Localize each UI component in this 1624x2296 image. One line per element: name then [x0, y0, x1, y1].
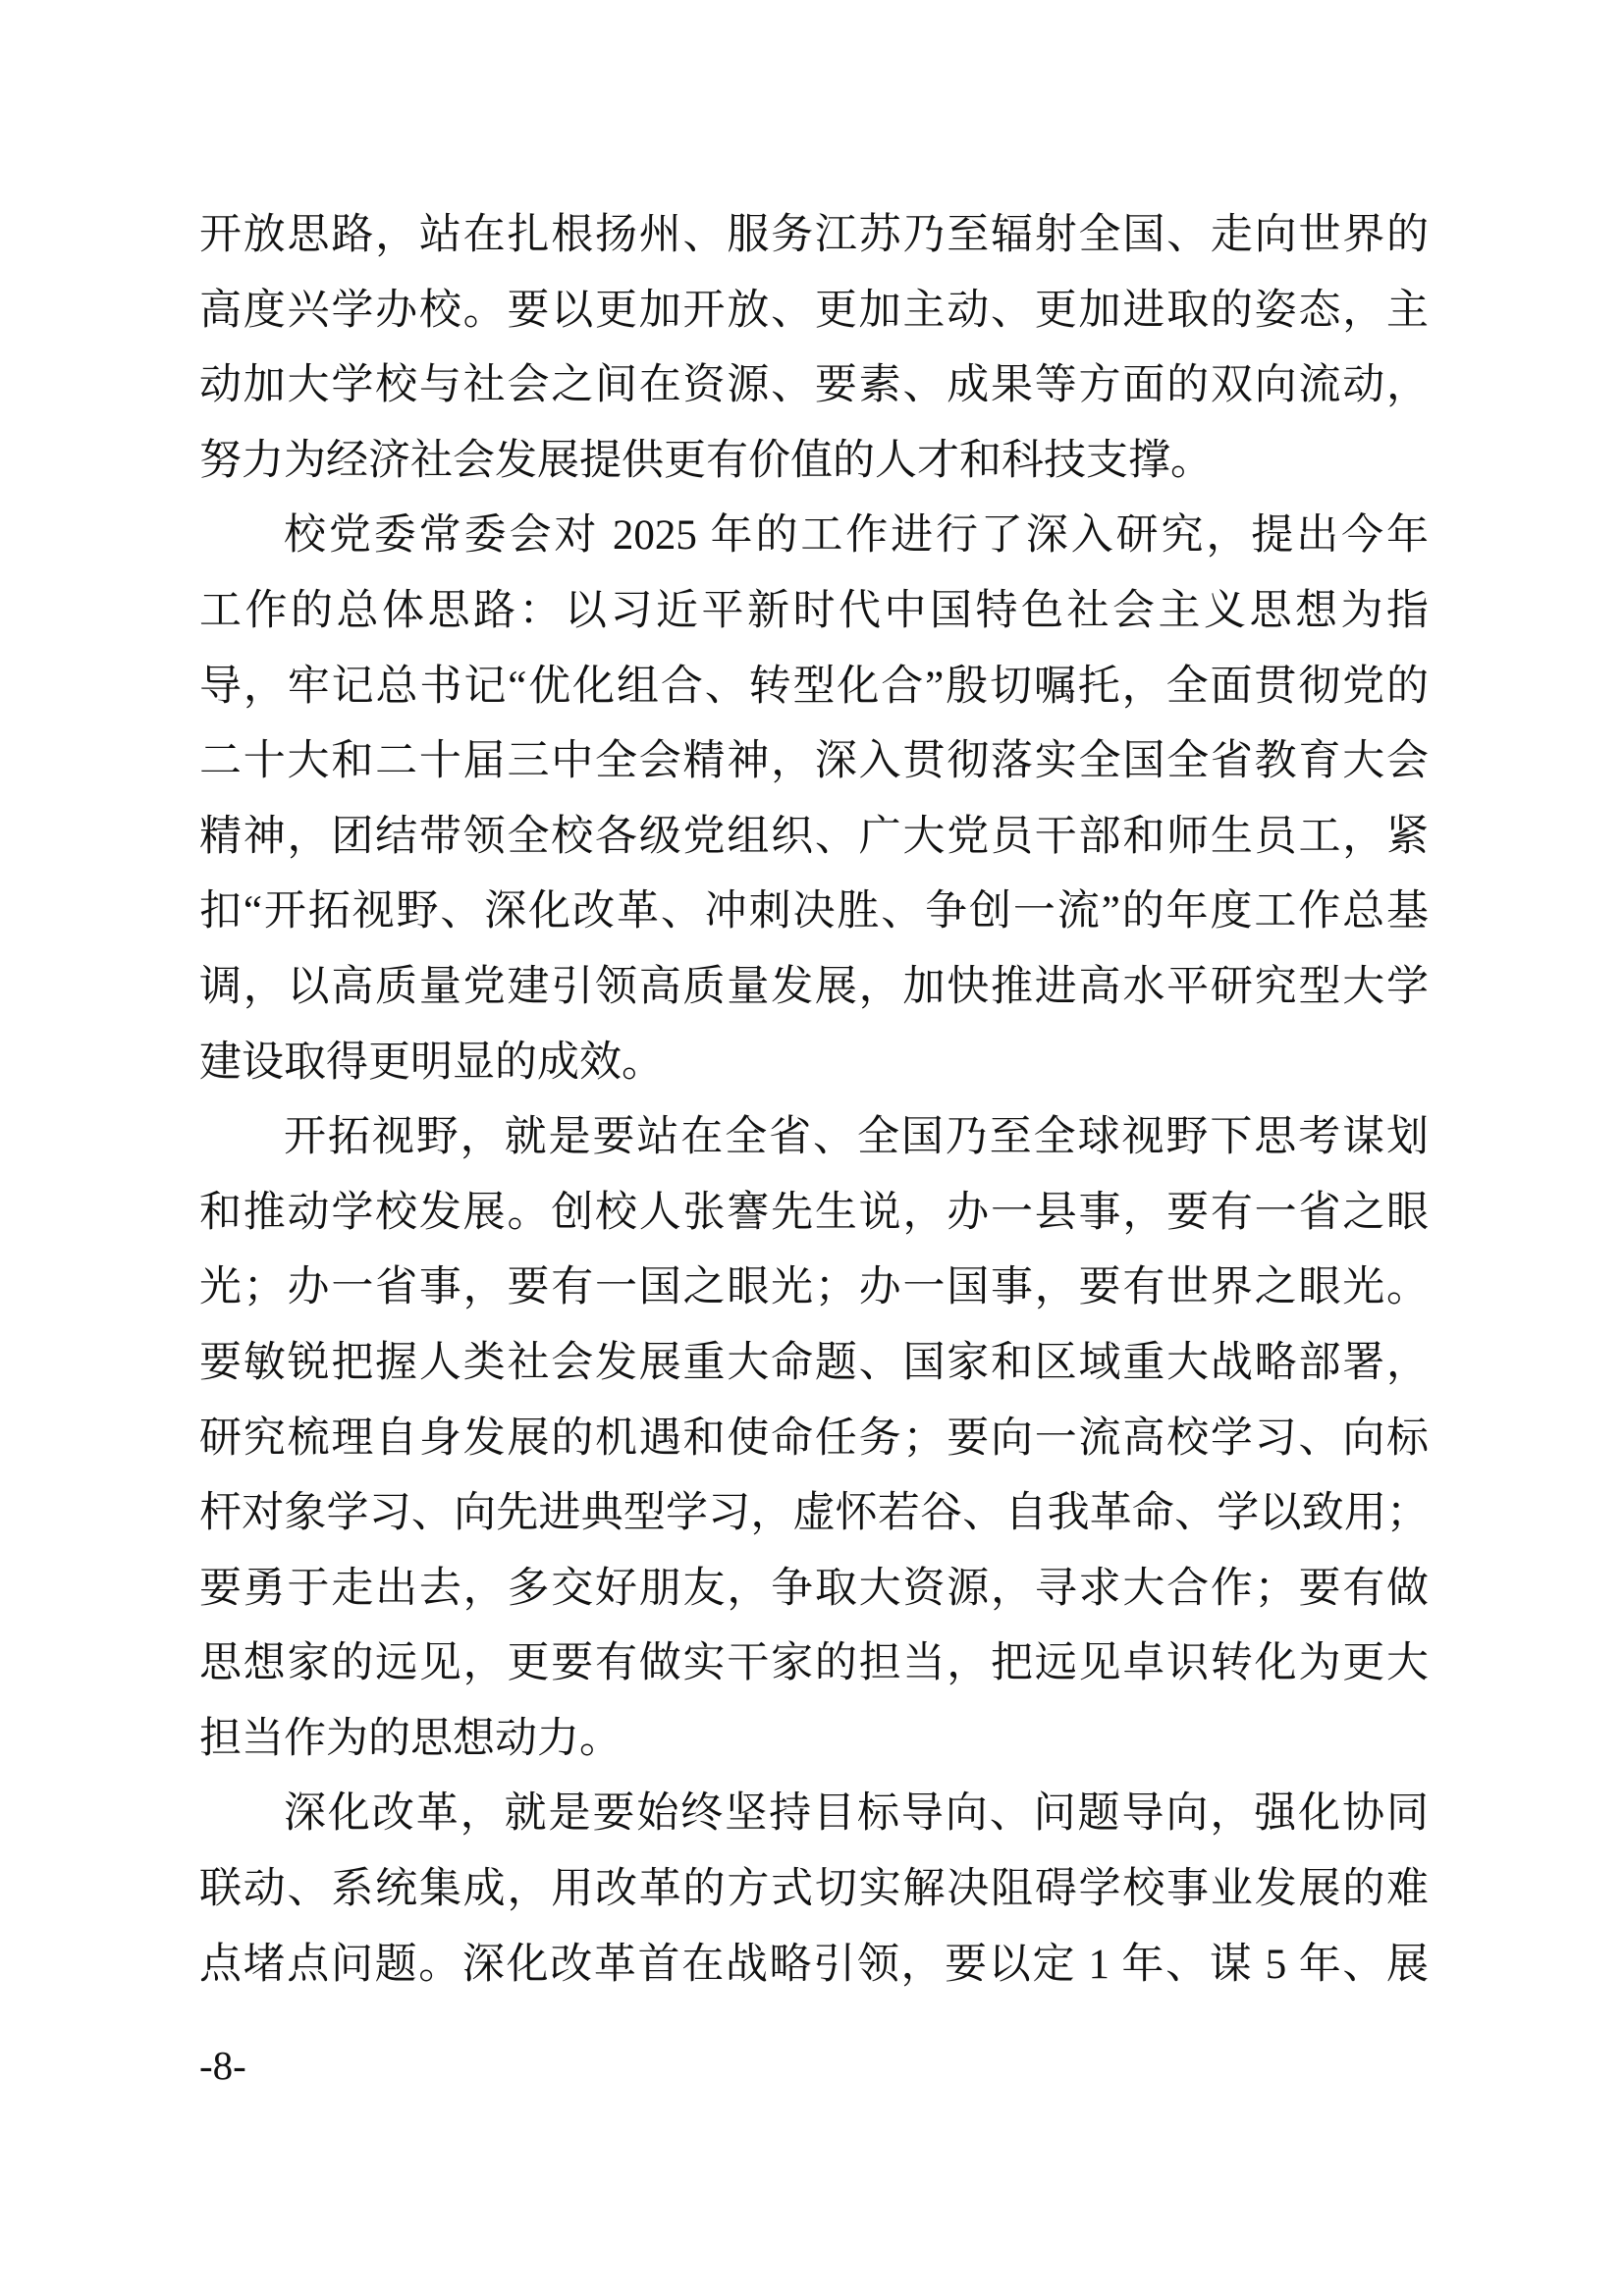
text-line: 开放思路，站在扎根扬州、服务江苏乃至辐射全国、走向世界的 [199, 198, 1429, 274]
text-line: 导，牢记总书记“优化组合、转型化合”殷切嘱托，全面贯彻党的 [199, 650, 1429, 725]
text-line: 精神，团结带领全校各级党组织、广大党员干部和师生员工，紧 [199, 800, 1429, 876]
text-line: 校党委常委会对 2025 年的工作进行了深入研究，提出今年 [199, 499, 1429, 574]
text-line: 开拓视野，就是要站在全省、全国乃至全球视野下思考谋划 [199, 1100, 1429, 1176]
text-line: 工作的总体思路：以习近平新时代中国特色社会主义思想为指 [199, 574, 1429, 650]
text-line: 动加大学校与社会之间在资源、要素、成果等方面的双向流动， [199, 348, 1429, 424]
page-number: -8- [199, 2044, 246, 2087]
text-line: 和推动学校发展。创校人张謇先生说，办一县事，要有一省之眼 [199, 1176, 1429, 1252]
text-line: 研究梳理自身发展的机遇和使命任务；要向一流高校学习、向标 [199, 1402, 1429, 1477]
text-line: 努力为经济社会发展提供更有价值的人才和科技支撑。 [199, 424, 1429, 500]
text-line: 扣“开拓视野、深化改革、冲刺决胜、争创一流”的年度工作总基 [199, 875, 1429, 950]
text-line: 点堵点问题。深化改革首在战略引领，要以定 1 年、谋 5 年、展 [199, 1928, 1429, 2003]
text-line: 光；办一省事，要有一国之眼光；办一国事，要有世界之眼光。 [199, 1251, 1429, 1326]
text-line: 杆对象学习、向先进典型学习，虚怀若谷、自我革命、学以致用； [199, 1476, 1429, 1552]
text-line: 二十大和二十届三中全会精神，深入贯彻落实全国全省教育大会 [199, 724, 1429, 800]
text-line: 建设取得更明显的成效。 [199, 1026, 1429, 1101]
text-line: 要敏锐把握人类社会发展重大命题、国家和区域重大战略部署， [199, 1326, 1429, 1402]
text-line: 调，以高质量党建引领高质量发展，加快推进高水平研究型大学 [199, 950, 1429, 1026]
text-line: 思想家的远见，更要有做实干家的担当，把远见卓识转化为更大 [199, 1627, 1429, 1702]
document-page: 开放思路，站在扎根扬州、服务江苏乃至辐射全国、走向世界的高度兴学办校。要以更加开… [0, 0, 1624, 2296]
text-line: 联动、系统集成，用改革的方式切实解决阻碍学校事业发展的难 [199, 1852, 1429, 1928]
text-line: 担当作为的思想动力。 [199, 1702, 1429, 1778]
text-line: 深化改革，就是要始终坚持目标导向、问题导向，强化协同 [199, 1777, 1429, 1852]
text-line: 高度兴学办校。要以更加开放、更加主动、更加进取的姿态，主 [199, 274, 1429, 349]
document-body: 开放思路，站在扎根扬州、服务江苏乃至辐射全国、走向世界的高度兴学办校。要以更加开… [199, 198, 1429, 2002]
text-line: 要勇于走出去，多交好朋友，争取大资源，寻求大合作；要有做 [199, 1552, 1429, 1628]
